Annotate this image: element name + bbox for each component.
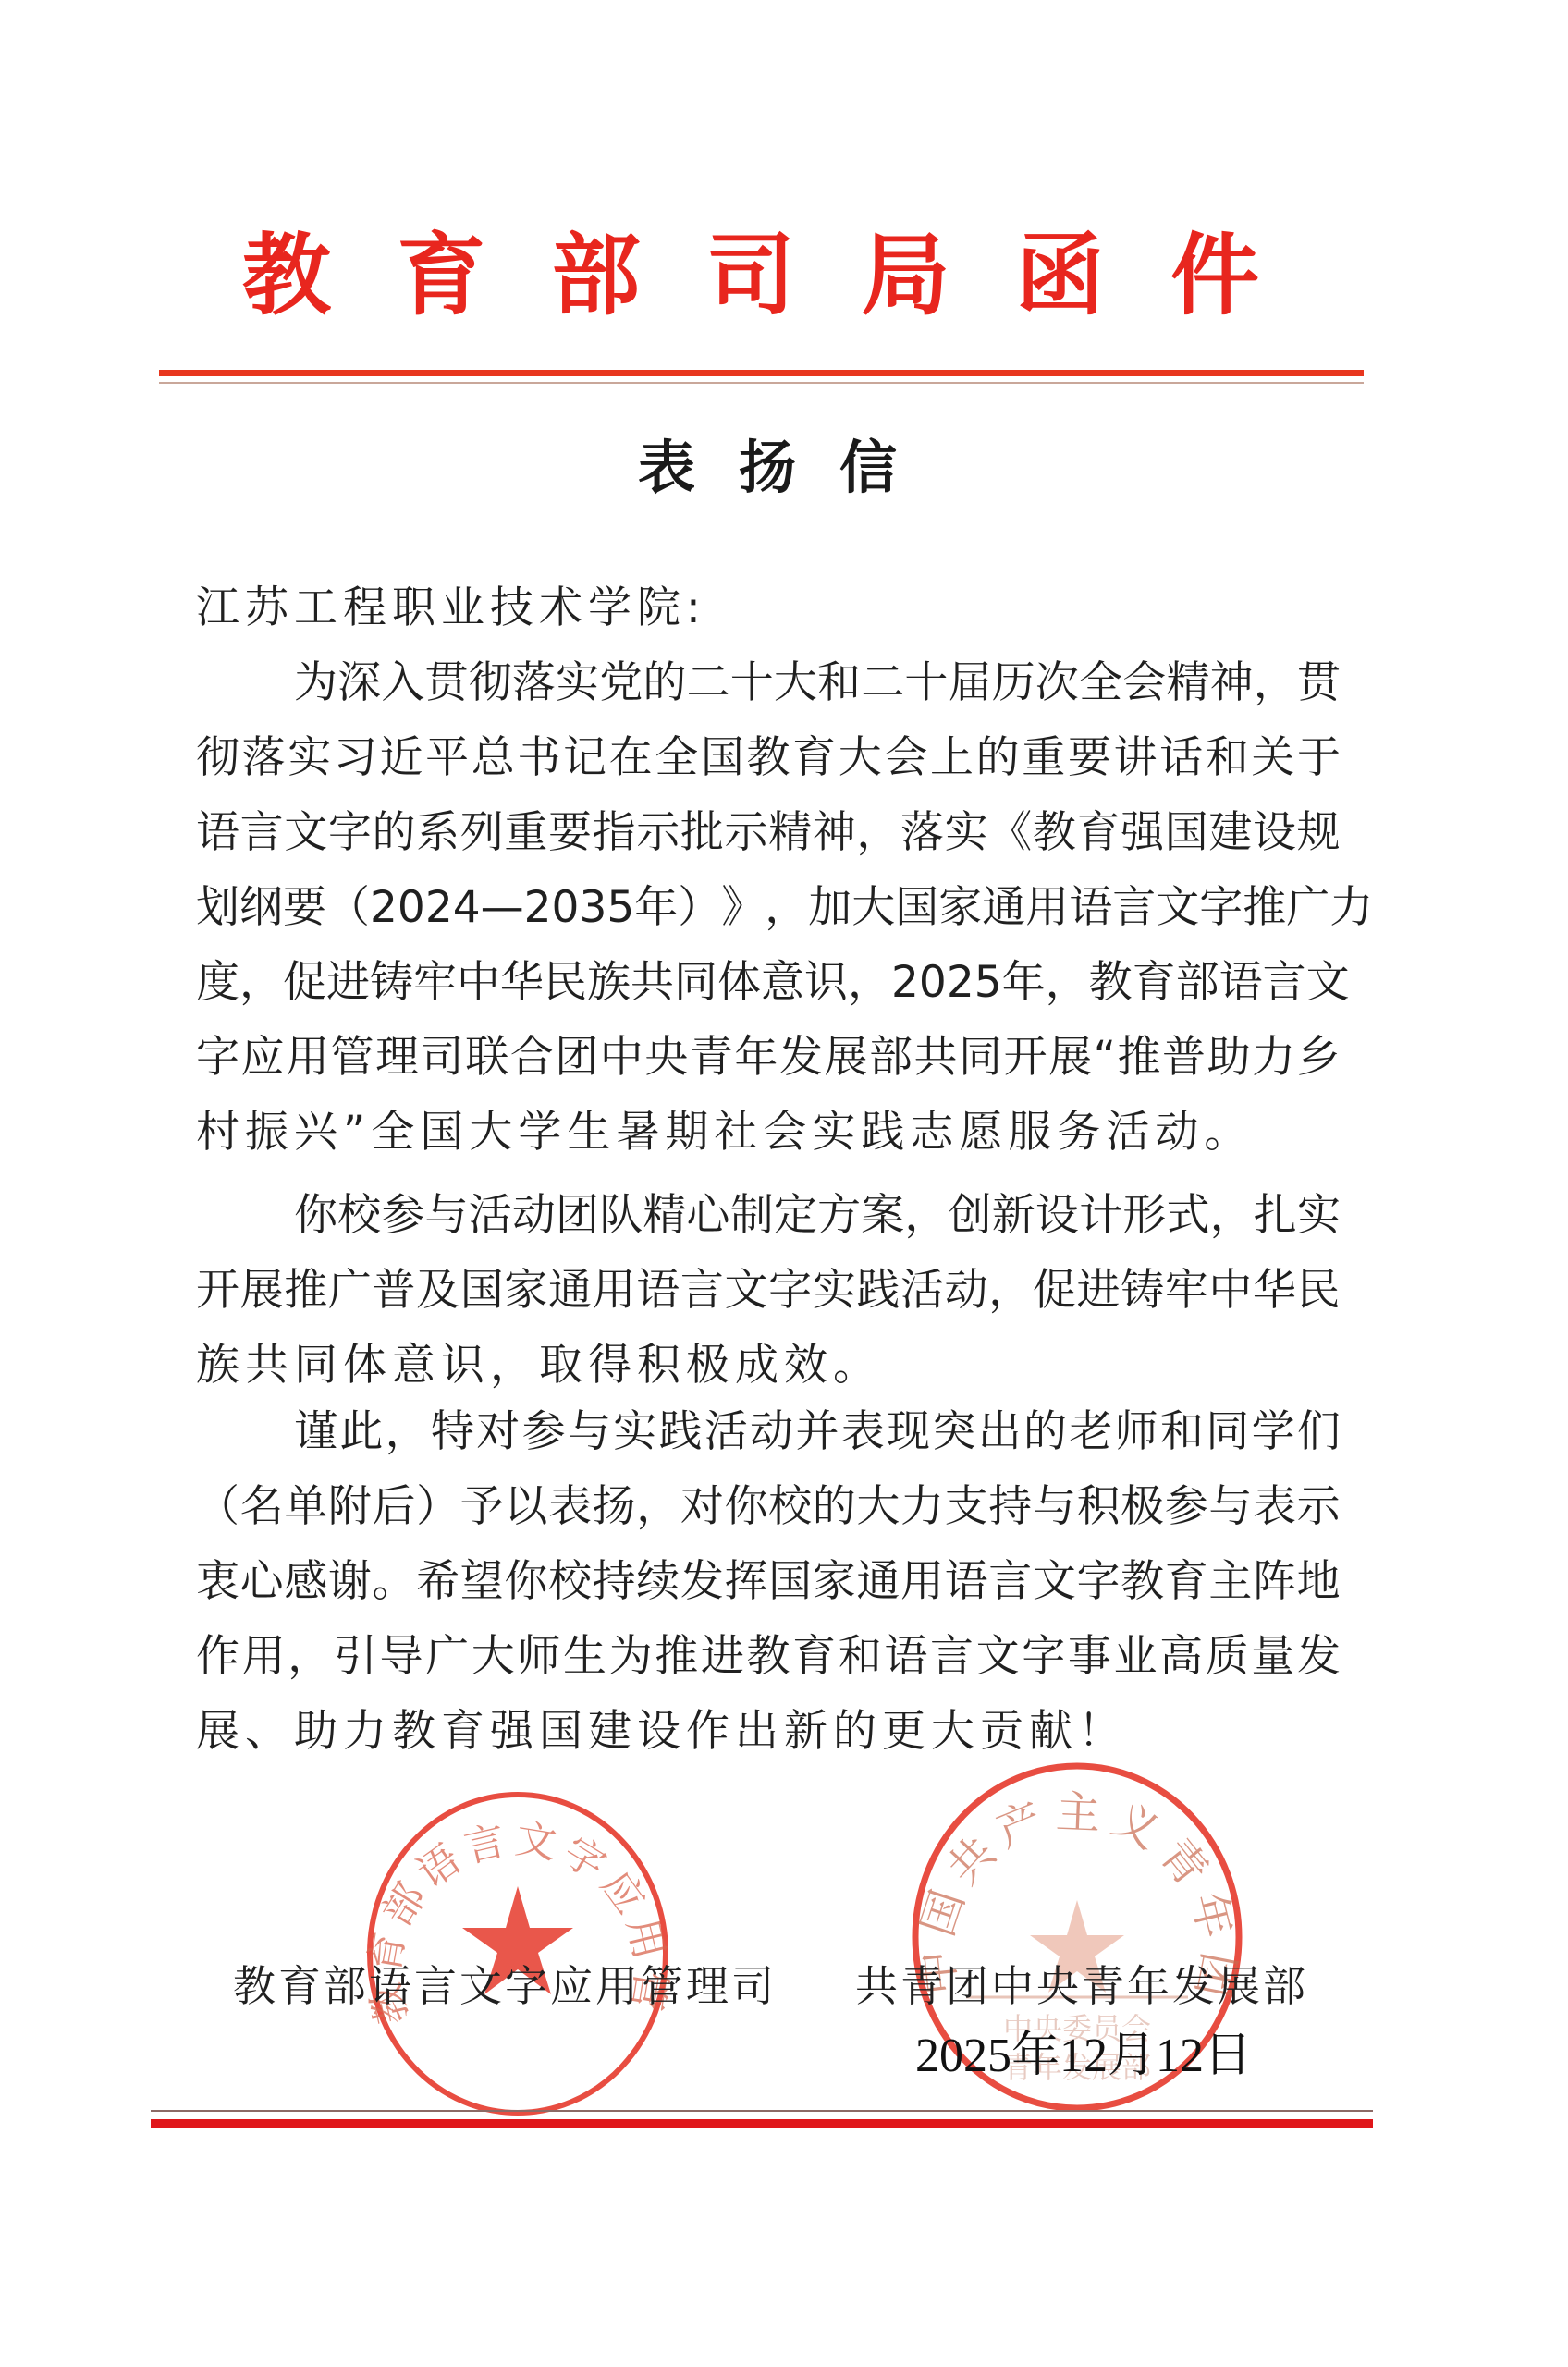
body-line: 语言文字的系列重要指示批示精神，落实《教育强国建设规	[196, 808, 1341, 858]
body-line: 你校参与活动团队精心制定方案，创新设计形式，扎实	[294, 1191, 1341, 1241]
title-char: 司	[706, 231, 795, 320]
letter-heading: 表 扬 信	[638, 431, 897, 505]
title-char: 教	[242, 231, 331, 320]
body-line: 字应用管理司联合团中央青年发展部共同开展“推普助力乡	[196, 1033, 1341, 1083]
title-char: 部	[552, 231, 641, 320]
body-line: 衷心感谢。希望你校持续发挥国家通用语言文字教育主阵地	[196, 1557, 1341, 1607]
body-line: 村振兴”全国大学生暑期社会实践志愿服务活动。	[196, 1108, 1341, 1158]
heading-char: 信	[839, 439, 897, 497]
header-rule-thick	[159, 370, 1364, 376]
title-char: 件	[1170, 231, 1259, 320]
signature-right: 共青团中央青年发展部	[855, 1965, 1308, 2007]
body-line: 度，促进铸牢中华民族共同体意识，2025年，教育部语言文	[196, 958, 1341, 1008]
body-line: 为深入贯彻落实党的二十大和二十届历次全会精神，贯	[294, 658, 1341, 708]
heading-char: 表	[638, 439, 695, 497]
document-header-title: 教 育 部 司 局 函 件	[242, 220, 1259, 331]
issue-date: 2025年12月12日	[915, 2032, 1252, 2080]
title-char: 函	[1016, 231, 1105, 320]
body-line: 族共同体意识，取得积极成效。	[196, 1341, 1341, 1391]
body-line: 作用，引导广大师生为推进教育和语言文字事业高质量发	[196, 1632, 1341, 1682]
body-line: 开展推广普及国家通用语言文字实践活动，促进铸牢中华民	[196, 1266, 1341, 1316]
title-char: 育	[397, 231, 485, 320]
body-line: 谨此，特对参与实践活动并表现突出的老师和同学们	[294, 1407, 1341, 1457]
body-line: （名单附后）予以表扬，对你校的大力支持与积极参与表示	[196, 1482, 1341, 1532]
heading-char: 扬	[739, 439, 796, 497]
official-seal-left: 教育部语言文字应用管理司	[356, 1789, 680, 2117]
body-line: 划纲要（2024—2035年）》，加大国家通用语言文字推广力	[196, 883, 1341, 933]
title-char: 局	[861, 231, 949, 320]
body-line: 彻落实习近平总书记在全国教育大会上的重要讲话和关于	[196, 733, 1341, 783]
signature-left: 教育部语言文字应用管理司	[233, 1965, 777, 2007]
body-line: 展、助力教育强国建设作出新的更大贡献！	[196, 1707, 1341, 1757]
header-rule-thin	[159, 382, 1364, 384]
salutation: 江苏工程职业技术学院:	[196, 583, 1341, 633]
footer-rule-thin	[151, 2110, 1373, 2112]
footer-rule-thick	[151, 2119, 1373, 2128]
